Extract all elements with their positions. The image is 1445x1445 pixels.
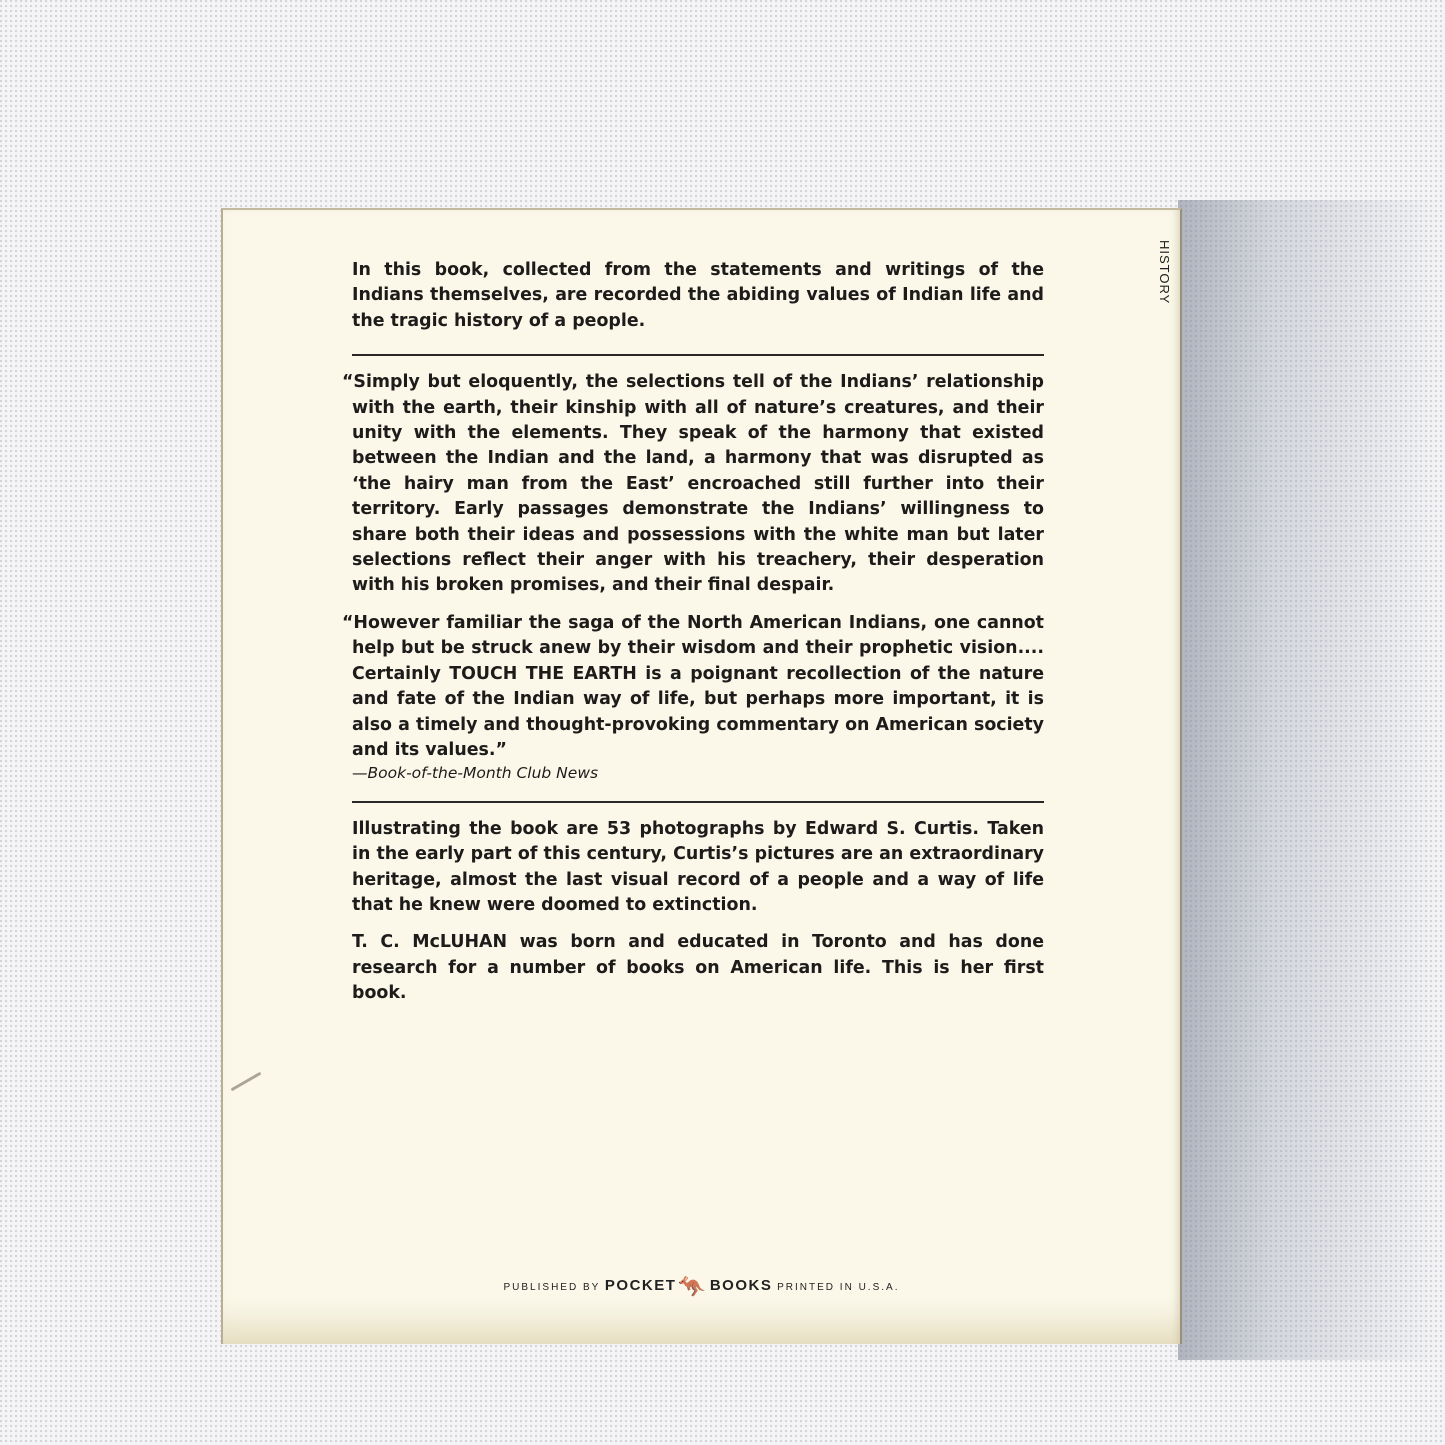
intro-paragraph: In this book, collected from the stateme…	[352, 258, 1044, 334]
brand-pocket: POCKET	[605, 1277, 677, 1294]
published-by-text: PUBLISHED BY	[504, 1282, 601, 1293]
book-back-cover: HISTORY In this book, collected from the…	[221, 208, 1182, 1344]
cover-crease	[231, 1072, 262, 1092]
publisher-footer: PUBLISHED BY POCKET🦘BOOKS PRINTED IN U.S…	[223, 1274, 1180, 1300]
author-bio: T. C. McLUHAN was born and educated in T…	[352, 930, 1044, 1006]
brand-books: BOOKS	[710, 1277, 773, 1294]
printed-in-text: PRINTED IN U.S.A.	[777, 1282, 899, 1293]
kangaroo-icon: 🦘	[678, 1274, 707, 1300]
review-quote-2: “However familiar the saga of the North …	[352, 611, 1044, 763]
divider	[352, 801, 1044, 803]
review-quote-1: “Simply but eloquently, the selections t…	[352, 370, 1044, 599]
quote-attribution: —Book-of-the-Month Club News	[352, 761, 1044, 786]
divider	[352, 354, 1044, 356]
photographs-paragraph: Illustrating the book are 53 photographs…	[352, 817, 1044, 919]
spine-category-label: HISTORY	[1157, 240, 1172, 304]
background-shadow	[1178, 200, 1445, 1360]
cover-copy: In this book, collected from the stateme…	[352, 258, 1044, 1019]
